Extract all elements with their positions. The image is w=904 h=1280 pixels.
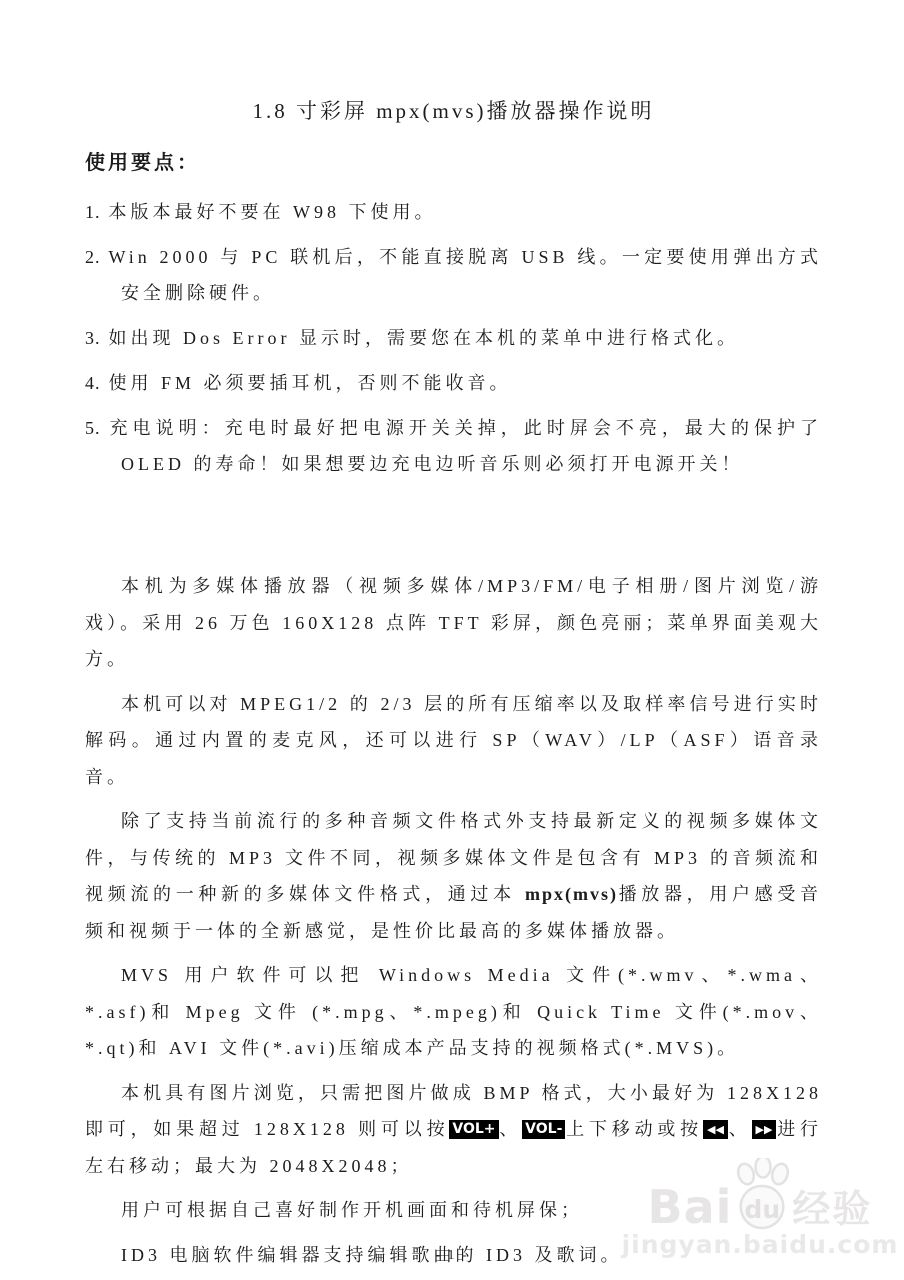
watermark-jingyan-text: 经验 [792,1188,872,1230]
section-heading-usage-points: 使用要点： [85,148,822,178]
document-content: 1.8 寸彩屏 mpx(mvs)播放器操作说明 使用要点： 1.本版本最好不要在… [85,0,822,1280]
list-item-text: Win 2000 与 PC 联机后，不能直接脱离 USB 线。一定要使用弹出方式… [109,247,823,303]
list-item: 5.充电说明：充电时最好把电源开关关掉，此时屏会不亮，最大的保护了 OLED 的… [85,410,822,482]
paragraph-text: 、 [728,1119,752,1139]
watermark-brand-row: Bai du 经验 [620,1154,900,1230]
page-number: - 1 - [0,1248,904,1264]
list-item-text: 充电说明：充电时最好把电源开关关掉，此时屏会不亮，最大的保护了 OLED 的寿命… [109,418,823,474]
list-item-text: 本版本最好不要在 W98 下使用。 [109,202,437,222]
paragraph-decode: 本机可以对 MPEG1/2 的 2/3 层的所有压缩率以及取样率信号进行实时解码… [85,686,822,796]
paragraph-overview: 本机为多媒体播放器（视频多媒体/MP3/FM/电子相册/图片浏览/游戏）。采用 … [85,568,822,678]
list-item: 3.如出现 Dos Error 显示时，需要您在本机的菜单中进行格式化。 [85,320,822,356]
list-item-text: 如出现 Dos Error 显示时，需要您在本机的菜单中进行格式化。 [109,328,739,348]
page-title: 1.8 寸彩屏 mpx(mvs)播放器操作说明 [85,96,822,126]
paragraph-text: 、 [499,1119,523,1139]
next-track-icon: ▶▶ [752,1120,777,1139]
usage-points-list: 1.本版本最好不要在 W98 下使用。 2.Win 2000 与 PC 联机后，… [85,194,822,482]
paragraph-mvs-software: MVS 用户软件可以把 Windows Media 文件(*.wmv、*.wma… [85,957,822,1067]
list-item-number: 1. [85,202,109,222]
baidu-jingyan-watermark: Bai du 经验 jingyan.baidu.com [620,1154,900,1260]
vol-plus-key: VOL+ [449,1120,498,1139]
paragraph-video-format: 除了支持当前流行的多种音频文件格式外支持最新定义的视频多媒体文件，与传统的 MP… [85,803,822,949]
list-item-number: 5. [85,418,109,438]
vol-minus-key: VOL- [522,1120,565,1139]
prev-track-icon: ◀◀ [703,1120,728,1139]
watermark-brand-du: du [744,1195,780,1224]
baidu-paw-icon: du [733,1158,791,1230]
list-item-number: 4. [85,373,109,393]
list-item-number: 3. [85,328,109,348]
list-item-text: 使用 FM 必须要插耳机，否则不能收音。 [109,373,512,393]
list-item: 2.Win 2000 与 PC 联机后，不能直接脱离 USB 线。一定要使用弹出… [85,239,822,311]
mpx-mvs-emphasis: mpx(mvs) [525,884,618,904]
paragraph-text: 上下移动或按 [565,1119,703,1139]
watermark-brand-text: Bai [648,1184,733,1230]
list-item: 1.本版本最好不要在 W98 下使用。 [85,194,822,230]
list-item: 4.使用 FM 必须要插耳机，否则不能收音。 [85,365,822,401]
list-item-number: 2. [85,247,109,267]
document-page: 1.8 寸彩屏 mpx(mvs)播放器操作说明 使用要点： 1.本版本最好不要在… [0,0,904,1280]
